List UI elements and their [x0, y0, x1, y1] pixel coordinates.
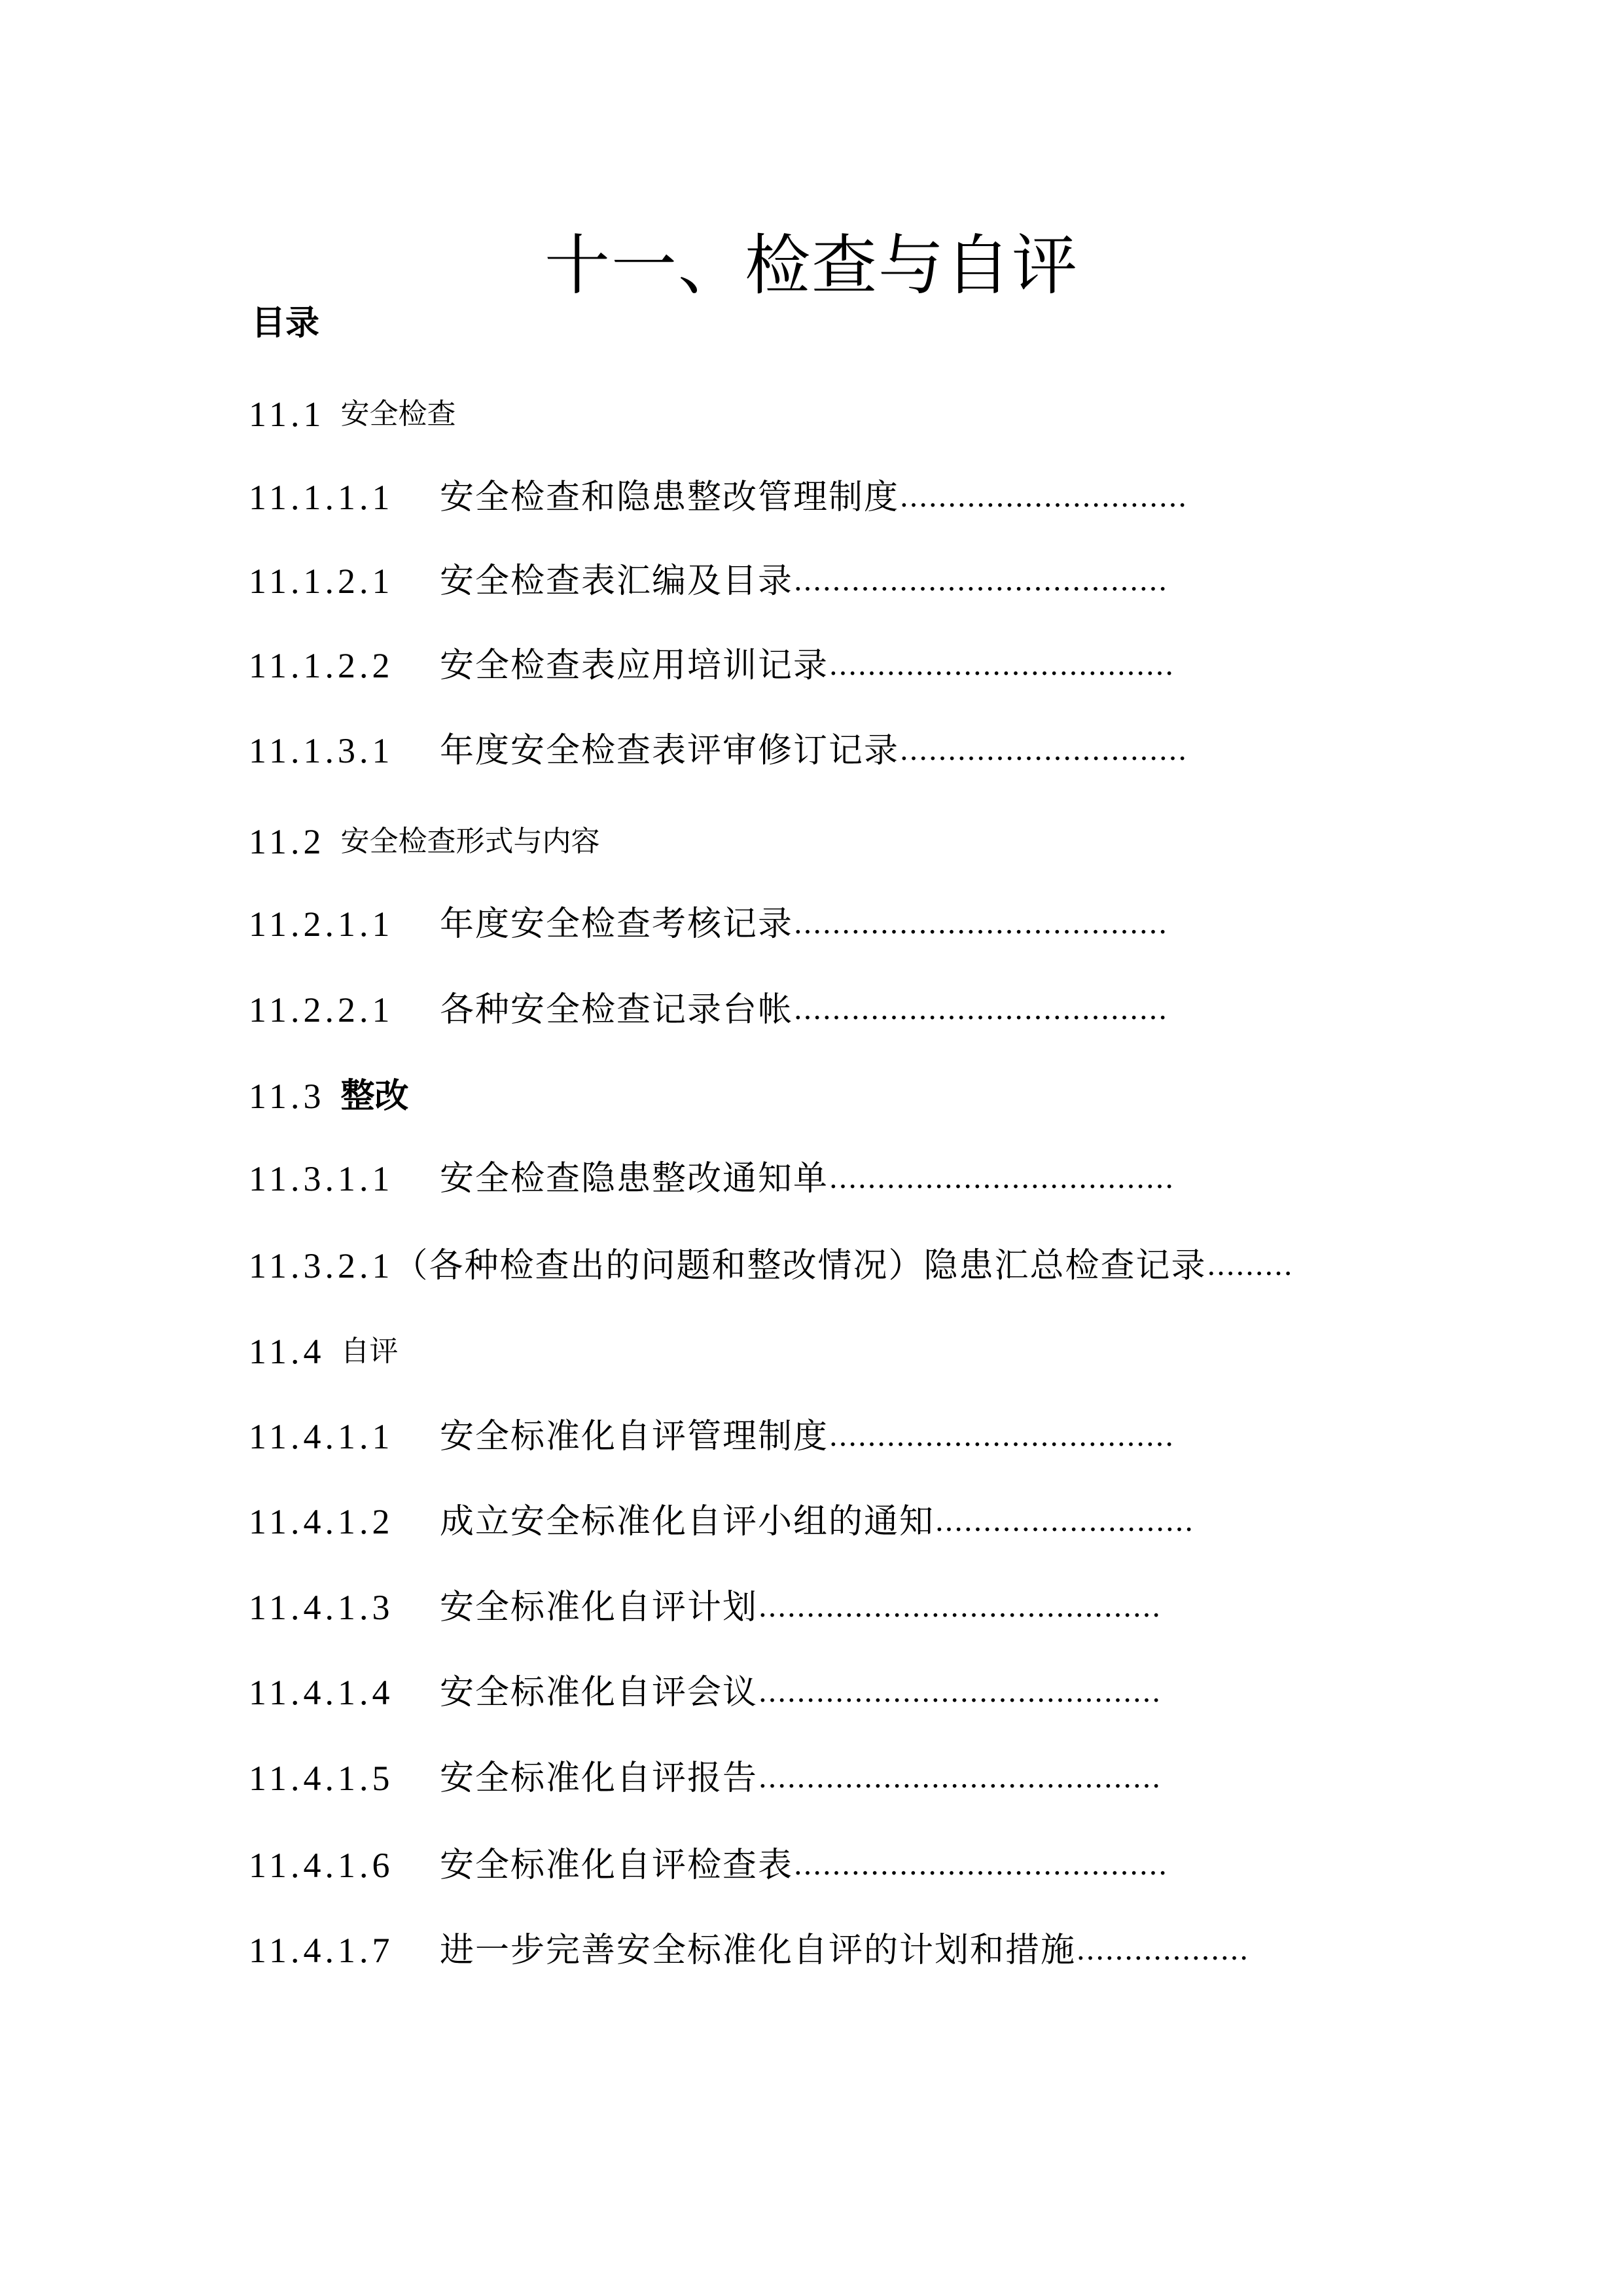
toc-entry-11-4-1-1[interactable]: 11.4.1.1 安全标准化自评管理制度 ……………………………… [249, 1414, 1345, 1460]
toc-section-11-2[interactable]: 11.2 安全检查形式与内容 [249, 819, 600, 865]
toc-dot-leader: ……………………………… [829, 643, 1345, 689]
toc-dot-leader: ……………… [1076, 1928, 1345, 1973]
toc-dot-leader: …………………………………… [758, 1755, 1345, 1801]
toc-entry-11-4-1-3[interactable]: 11.4.1.3 安全标准化自评计划 …………………………………… [249, 1585, 1345, 1630]
toc-dot-leader: ………………………………… [793, 987, 1345, 1033]
toc-section-number: 11.3 [249, 1073, 325, 1119]
toc-entry-label: 各种安全检查记录台帐 [440, 987, 793, 1033]
toc-entry-11-4-1-2[interactable]: 11.4.1.2 成立安全标准化自评小组的通知 ……………………… [249, 1499, 1345, 1545]
toc-section-label: 安全检查 [341, 391, 456, 437]
document-page: 十一、检查与自评 目录 11.1 安全检查 11.1.1.1 安全检查和隐患整改… [0, 0, 1623, 2296]
toc-entry-label: 安全检查和隐患整改管理制度 [440, 475, 899, 520]
toc-section-number: 11.4 [249, 1329, 325, 1374]
toc-entry-label: 安全检查表应用培训记录 [440, 643, 829, 689]
toc-section-11-3[interactable]: 11.3 整改 [249, 1073, 409, 1119]
toc-dot-leader: ………………………………… [793, 558, 1345, 604]
toc-entry-number: 11.4.1.5 [249, 1755, 440, 1801]
toc-section-number: 11.1 [249, 391, 325, 437]
toc-section-11-4[interactable]: 11.4 自评 [249, 1329, 399, 1374]
toc-dot-leader: ………………………………… [793, 901, 1345, 947]
toc-entry-number: 11.4.1.3 [249, 1585, 440, 1630]
toc-entry-label: （各种检查出的问题和整改情况）隐患汇总检查记录 [394, 1243, 1207, 1289]
toc-dot-leader: …………………………………… [758, 1585, 1345, 1630]
toc-entry-11-3-2-1[interactable]: 11.3.2.1 （各种检查出的问题和整改情况）隐患汇总检查记录 ……… [249, 1243, 1381, 1289]
toc-entry-label: 安全标准化自评管理制度 [440, 1414, 829, 1460]
toc-entry-number: 11.4.1.1 [249, 1414, 440, 1460]
toc-heading: 目录 [251, 302, 319, 344]
toc-section-number: 11.2 [249, 819, 325, 865]
toc-entry-label: 进一步完善安全标准化自评的计划和措施 [440, 1928, 1076, 1973]
toc-entry-number: 11.2.2.1 [249, 987, 440, 1033]
toc-entry-number: 11.1.2.1 [249, 558, 440, 604]
toc-entry-11-1-1-1[interactable]: 11.1.1.1 安全检查和隐患整改管理制度 ………………………… [249, 475, 1345, 520]
toc-dot-leader: ……………………………… [829, 1414, 1345, 1460]
toc-entry-11-1-3-1[interactable]: 11.1.3.1 年度安全检查表评审修订记录 ………………………… [249, 728, 1345, 774]
toc-entry-number: 11.1.2.2 [249, 643, 440, 689]
toc-entry-11-4-1-7[interactable]: 11.4.1.7 进一步完善安全标准化自评的计划和措施 ……………… [249, 1928, 1345, 1973]
toc-entry-label: 安全标准化自评会议 [440, 1670, 758, 1715]
page-title: 十一、检查与自评 [0, 223, 1623, 309]
toc-dot-leader: ………………………… [899, 728, 1345, 774]
toc-section-label: 整改 [341, 1073, 409, 1119]
toc-entry-label: 安全标准化自评报告 [440, 1755, 758, 1801]
toc-entry-number: 11.4.1.4 [249, 1670, 440, 1715]
toc-entry-label: 安全检查表汇编及目录 [440, 558, 793, 604]
toc-dot-leader: ………………………… [899, 475, 1345, 520]
toc-dot-leader: …………………………………… [758, 1670, 1345, 1715]
toc-entry-11-3-1-1[interactable]: 11.3.1.1 安全检查隐患整改通知单 ……………………………… [249, 1156, 1345, 1202]
toc-entry-11-2-1-1[interactable]: 11.2.1.1 年度安全检查考核记录 ………………………………… [249, 901, 1345, 947]
toc-section-label: 自评 [341, 1329, 399, 1374]
toc-entry-11-1-2-1[interactable]: 11.1.2.1 安全检查表汇编及目录 ………………………………… [249, 558, 1345, 604]
toc-section-label: 安全检查形式与内容 [341, 819, 600, 865]
toc-entry-11-1-2-2[interactable]: 11.1.2.2 安全检查表应用培训记录 ……………………………… [249, 643, 1345, 689]
toc-entry-label: 年度安全检查表评审修订记录 [440, 728, 899, 774]
toc-entry-number: 11.3.2.1 [249, 1243, 394, 1289]
toc-entry-label: 年度安全检查考核记录 [440, 901, 793, 947]
toc-entry-label: 安全标准化自评计划 [440, 1585, 758, 1630]
toc-entry-number: 11.2.1.1 [249, 901, 440, 947]
toc-entry-label: 安全标准化自评检查表 [440, 1842, 793, 1888]
toc-entry-number: 11.4.1.6 [249, 1842, 440, 1888]
toc-dot-leader: ………………………………… [793, 1842, 1345, 1888]
toc-dot-leader: ……………………………… [829, 1156, 1345, 1202]
toc-entry-label: 安全检查隐患整改通知单 [440, 1156, 829, 1202]
toc-section-11-1[interactable]: 11.1 安全检查 [249, 391, 456, 437]
toc-entry-11-4-1-4[interactable]: 11.4.1.4 安全标准化自评会议 …………………………………… [249, 1670, 1345, 1715]
toc-entry-number: 11.3.1.1 [249, 1156, 440, 1202]
toc-entry-11-2-2-1[interactable]: 11.2.2.1 各种安全检查记录台帐 ………………………………… [249, 987, 1345, 1033]
toc-entry-11-4-1-6[interactable]: 11.4.1.6 安全标准化自评检查表 ………………………………… [249, 1842, 1345, 1888]
toc-entry-11-4-1-5[interactable]: 11.4.1.5 安全标准化自评报告 …………………………………… [249, 1755, 1345, 1801]
toc-dot-leader: ……… [1207, 1243, 1381, 1289]
toc-entry-number: 11.4.1.7 [249, 1928, 440, 1973]
toc-entry-number: 11.4.1.2 [249, 1499, 440, 1545]
toc-dot-leader: ……………………… [935, 1499, 1345, 1545]
toc-entry-label: 成立安全标准化自评小组的通知 [440, 1499, 935, 1545]
toc-entry-number: 11.1.1.1 [249, 475, 440, 520]
toc-entry-number: 11.1.3.1 [249, 728, 440, 774]
